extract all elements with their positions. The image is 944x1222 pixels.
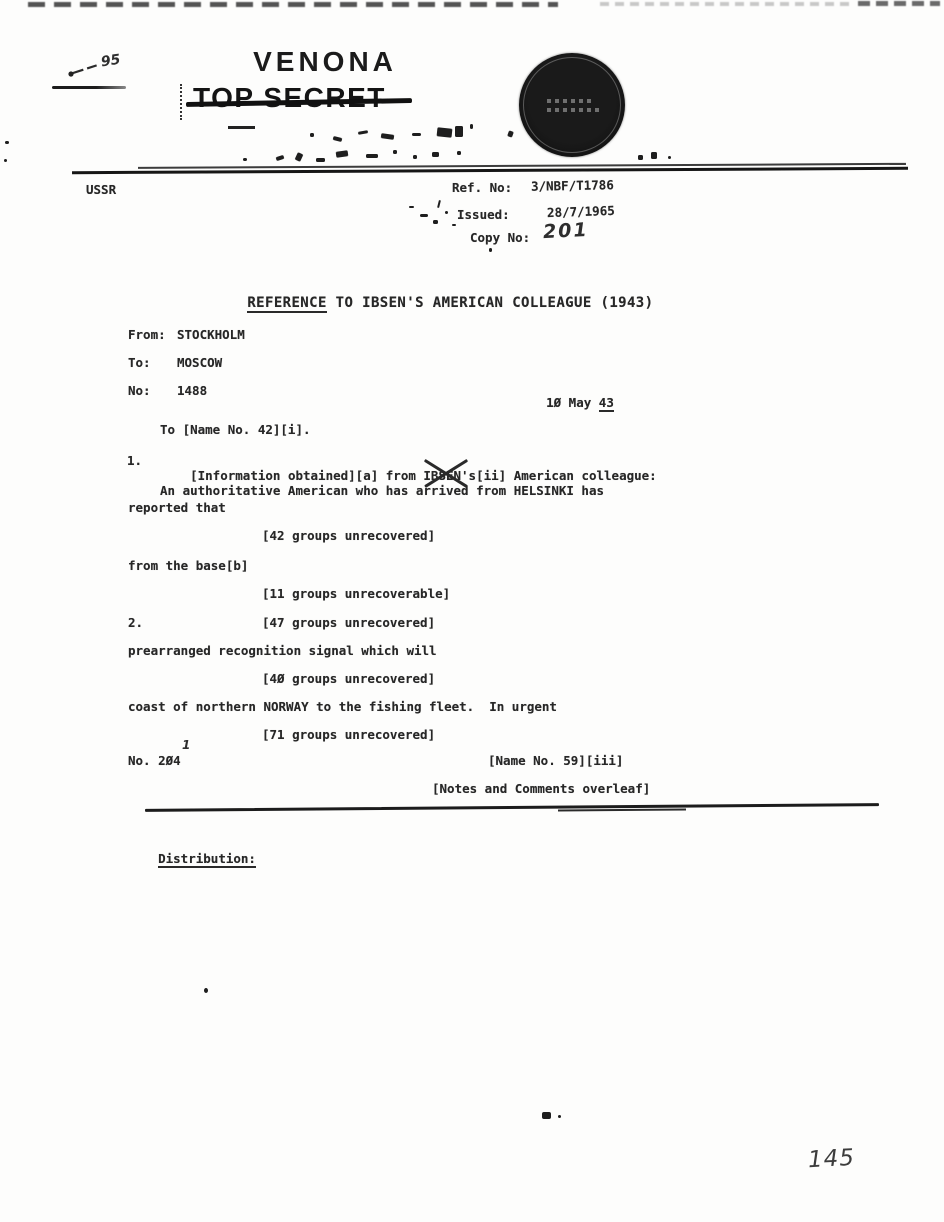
message-date: 1Ø May 43 [516,380,614,425]
unrecovered-line: [11 groups unrecoverable] [262,586,450,601]
ink-smudge [295,152,304,162]
ref-no-value: 3/NBF/T1786 [531,177,614,193]
to-label: To: [128,355,151,370]
ink-smudge [276,155,285,161]
from-value: STOCKHOLM [177,327,245,342]
ink-smudge [336,150,349,158]
ink-smudge [432,152,439,157]
body-line: prearranged recognition signal which wil… [128,643,437,658]
ink-smudge [310,133,314,137]
body-line: from the base[b] [128,558,248,573]
item1-pre: [Information obtained][a] from [190,468,423,483]
ink-smudge [358,130,368,135]
distribution-label: Distribution: [158,851,256,868]
ink-smudge [433,220,438,224]
scan-dot [5,141,9,144]
stamp-illegible-text [547,99,591,103]
to-value: MOSCOW [177,355,222,370]
ink-smudge [445,211,448,214]
unrecovered-line: [4Ø groups unrecovered] [262,671,435,686]
stamp-illegible-text [547,108,599,112]
ink-smudge [243,158,247,161]
issued-label: Issued: [457,207,510,222]
ink-smudge [366,154,378,158]
date-year-underlined: 43 [599,395,614,412]
crossed-out-codename: IBSEN's [423,468,476,483]
from-label: From: [128,327,166,342]
scan-artifact-band [600,2,850,6]
ink-smudge [412,133,421,136]
unrecovered-line: [47 groups unrecovered] [262,615,435,630]
overleaf-note: [Notes and Comments overleaf] [432,781,650,796]
ink-smudge [333,136,343,142]
ink-smudge [507,130,514,137]
ink-smudge [455,126,463,137]
ink-smudge [316,158,325,162]
ink-smudge [393,150,397,154]
ink-smudge [413,155,417,159]
ink-smudge [437,127,453,138]
venona-masthead: VENONA [250,46,400,78]
ink-smudge [452,224,456,226]
copy-no-value-handwritten: 201 [542,219,589,243]
ink-smudge [489,248,492,252]
message-number-line: No. 2Ø4 [128,753,181,768]
ink-dot [558,1115,561,1118]
ink-smudge [409,206,414,208]
scan-dot [4,159,7,162]
date-prefix: 1Ø May [546,395,599,410]
title-underlined-part: REFERENCE [247,295,326,313]
ink-smudge [470,124,473,129]
ink-smudge [638,155,643,160]
ink-smudge [420,214,428,217]
body-line: reported that [128,500,226,515]
pencil-check-mark-icon [64,58,114,80]
pencil-dash [52,86,126,89]
title-rest: TO IBSEN'S AMERICAN COLLEAGUE (1943) [327,295,654,311]
scan-artifact-band [28,2,558,7]
document-title: REFERENCE TO IBSEN'S AMERICAN COLLEAGUE … [212,279,653,327]
salutation-line: To [Name No. 42][i]. [160,422,311,437]
country-label: USSR [86,182,116,197]
scan-artifact-band [858,1,940,6]
ink-smudge [457,151,461,155]
item1-post: [ii] American colleague: [476,468,657,483]
issued-value: 28/7/1965 [547,203,615,220]
no-value: 1488 [177,383,207,398]
ink-smudge [651,152,657,159]
body-line: coast of northern NORWAY to the fishing … [128,699,557,714]
page-number-handwritten: 145 [807,1145,855,1173]
unrecovered-line: [42 groups unrecovered] [262,528,435,543]
ink-smudge [437,200,441,208]
signature-line: [Name No. 59][iii] [488,753,623,768]
unrecovered-line: [71 groups unrecovered] [262,727,435,742]
handwritten-superscript: 1 [182,738,190,752]
no-label: No: [128,383,151,398]
footer-rule-overlap [558,809,686,812]
copy-no-label: Copy No: [470,230,530,245]
item1-number: 1. [127,453,142,468]
body-line: An authoritative American who has arrive… [160,483,604,498]
circular-ink-stamp [519,53,625,157]
strikethrough-line [228,126,255,129]
item2-number: 2. [128,615,143,630]
header-double-rule [72,163,908,174]
ink-dot [204,988,208,993]
distribution-heading: Distribution: [128,836,256,881]
ink-smudge [668,156,671,159]
ink-smudge [381,133,395,140]
venona-document-page: 95 VENONA TOP SECRET USSR Ref. No: 3/NBF… [0,0,944,1222]
pencil-dotted-line [180,84,182,120]
footer-rule [145,803,879,812]
ink-blob [542,1112,551,1119]
ref-no-label: Ref. No: [452,180,512,195]
